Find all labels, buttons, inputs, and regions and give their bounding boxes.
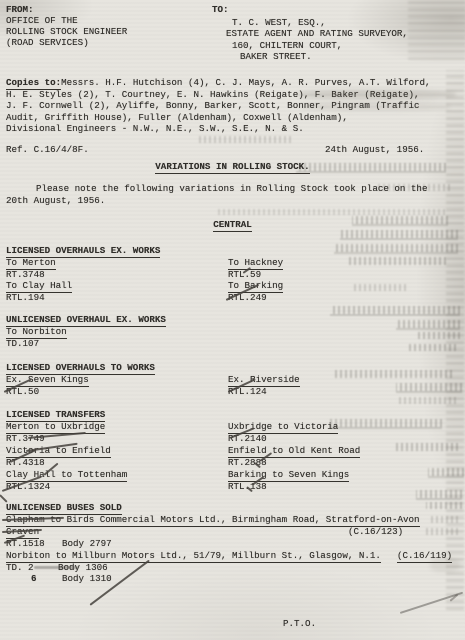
body-number: Body 2797	[62, 538, 112, 550]
section-heading-licensed-overhauls-ex-works: LICENSED OVERHAULS EX. WORKS	[6, 245, 160, 257]
scan-edge-noise	[446, 70, 464, 610]
copies-line-1: Copies to:Messrs. H.F. Hutchison (4), C.…	[6, 77, 431, 89]
fleet-number: RTL.249	[228, 292, 267, 304]
fleet-number: TD.107	[6, 338, 39, 350]
section-heading-unlicensed-overhaul-ex-works: UNLICENSED OVERHAUL EX. WORKS	[6, 314, 166, 326]
to-label: TO:	[212, 4, 229, 16]
scanned-document-page: FROM: OFFICE OF THE ROLLING STOCK ENGINE…	[0, 0, 465, 640]
to-line-address: 160, CHILTERN COURT,	[232, 40, 342, 52]
section-heading-unlicensed-buses-sold: UNLICENSED BUSES SOLD	[6, 502, 122, 514]
route-label: To Merton	[6, 257, 56, 269]
sale-route: Clapham to Birds Commercial Motors Ltd.,…	[6, 514, 420, 526]
fleet-number: RT.3748	[6, 269, 45, 281]
document-title: VARIATIONS IN ROLLING STOCK.	[155, 161, 309, 174]
bleed-through-smudge	[352, 216, 448, 224]
bleed-through-smudge	[334, 370, 452, 378]
fleet-number: TD. 2	[6, 562, 34, 574]
handwritten-smudge-strike	[34, 566, 78, 569]
bleed-through-smudge	[346, 257, 446, 265]
handwritten-tick	[0, 494, 8, 502]
sale-reference: (C.16/123)	[348, 526, 403, 538]
route-label: Merton to Uxbridge	[6, 421, 105, 433]
reference-number: Ref. C.16/4/8F.	[6, 144, 89, 156]
fleet-number: RTL.194	[6, 292, 45, 304]
bleed-through-smudge	[340, 230, 458, 238]
route-label: Ex. Riverside	[228, 374, 300, 386]
bleed-through-smudge	[330, 306, 460, 314]
bleed-through-smudge	[330, 419, 442, 427]
route-label: To Norbiton	[6, 326, 67, 338]
copies-line-5: Divisional Engineers - N.W., N.E., S.W.,…	[6, 123, 304, 135]
scan-corner-noise	[408, 0, 465, 60]
bleed-through-smudge	[378, 184, 450, 191]
route-label: Barking to Seven Kings	[228, 469, 349, 481]
route-label: Enfield to Old Kent Road	[228, 445, 360, 457]
section-heading-licensed-transfers: LICENSED TRANSFERS	[6, 409, 105, 421]
bleed-through-smudge	[215, 209, 445, 215]
from-line-office: OFFICE OF THE	[6, 15, 78, 27]
section-heading-licensed-overhauls-to-works: LICENSED OVERHAULS TO WORKS	[6, 362, 155, 374]
fleet-number: RT.3749	[6, 433, 45, 445]
bleed-through-smudge	[352, 284, 406, 291]
bleed-through-smudge	[298, 90, 456, 99]
pto-note: P.T.O.	[283, 618, 316, 630]
bleed-through-smudge	[296, 163, 446, 171]
sale-route: Norbiton to Millburn Motors Ltd., 51/79,…	[6, 550, 381, 562]
to-line-street: BAKER STREET.	[240, 51, 312, 63]
bleed-through-smudge	[334, 244, 458, 252]
route-label: Clay Hall to Tottenham	[6, 469, 127, 481]
copies-line-4: Audit, Griffith House), Fuller (Aldenham…	[6, 112, 348, 124]
bleed-through-smudge	[300, 102, 450, 111]
document-date: 24th August, 1956.	[325, 144, 424, 156]
intro-line-2: 20th August, 1956.	[6, 195, 105, 207]
to-line-name: T. C. WEST, ESQ.,	[232, 17, 326, 29]
body-number: Body 1310	[62, 573, 112, 585]
route-label: To Hackney	[228, 257, 283, 269]
fleet-number: 6	[31, 573, 37, 585]
from-label: FROM:	[6, 4, 34, 16]
copies-rest: Messrs. H.F. Hutchison (4), C. J. Mays, …	[61, 77, 430, 88]
region-heading: CENTRAL	[213, 219, 252, 232]
to-line-role: ESTATE AGENT AND RATING SURVEYOR,	[226, 28, 408, 40]
bleed-through-smudge	[196, 136, 291, 143]
route-label: To Clay Hall	[6, 280, 72, 292]
from-line-engineer: ROLLING STOCK ENGINEER	[6, 26, 127, 38]
from-line-road-services: (ROAD SERVICES)	[6, 37, 89, 49]
intro-line-1: Please note the following variations in …	[36, 183, 427, 195]
